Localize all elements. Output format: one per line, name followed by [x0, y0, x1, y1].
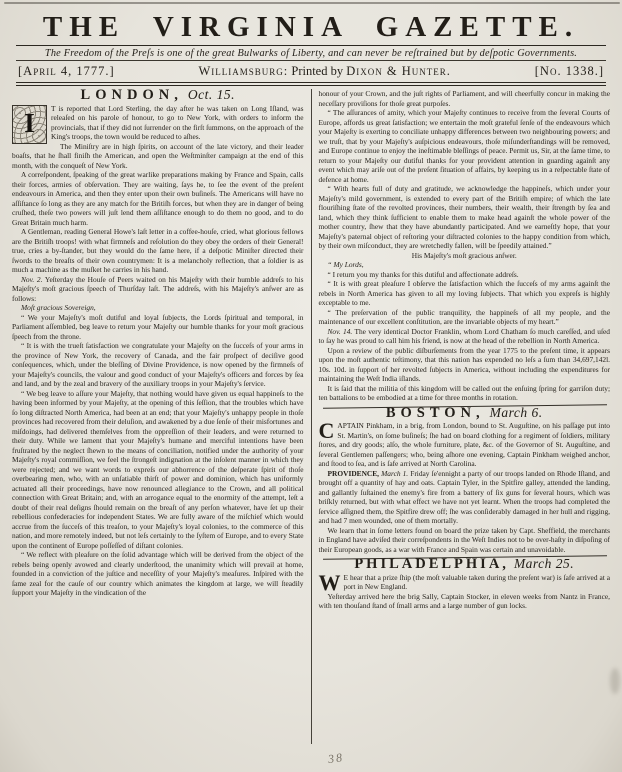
article-paragraph: WE hear that a prize ſhip (the moſt valu… — [319, 573, 611, 592]
section-header-london: LONDON,Oct. 15. — [12, 90, 304, 102]
issue-number: [No. 1338.] — [535, 64, 604, 79]
dateline-lead: PROVIDENCE, — [328, 469, 380, 478]
right-column: honour of your Crown, and the juſt right… — [311, 89, 611, 744]
article-paragraph: “ The preſervation of the public tranqui… — [319, 308, 611, 327]
section-date: Oct. 15. — [188, 89, 235, 102]
article-paragraph: A Gentleman, reading General Howe's laſt… — [12, 227, 304, 275]
dateline-lead: Nov. 14. — [328, 327, 353, 336]
dateline: [April 4, 1777.] Williamsburg: Printed b… — [14, 62, 608, 82]
article-paragraph: The Miniſtry are in high ſpirits, on acc… — [12, 142, 304, 171]
masthead-rule-mid — [16, 60, 606, 61]
dateline-lead: Nov. 2. — [21, 275, 42, 284]
paragraph-text: E hear that a prize ſhip (the moſt valua… — [344, 573, 611, 592]
article-columns: LONDON,Oct. 15. IT is reported that Lord… — [0, 86, 622, 744]
paragraph-text: Yeſterday the Houſe of Peers waited on h… — [12, 275, 304, 303]
article-paragraph: Nov. 2. Yeſterday the Houſe of Peers wai… — [12, 275, 304, 304]
article-paragraph: honour of your Crown, and the juſt right… — [319, 89, 611, 108]
imprint-place: Williamsburg: — [198, 64, 288, 78]
article-paragraph: PROVIDENCE, March 1. Friday ſe'ennight a… — [319, 469, 611, 526]
article-paragraph: “ We beg leave to aſſure your Majeſty, t… — [12, 389, 304, 551]
salutation-line: “ My Lords, — [319, 260, 611, 270]
paragraph-text: APTAIN Pinkham, in a brig, from London, … — [319, 421, 611, 468]
section-date: March 6. — [490, 405, 543, 420]
salutation-line: Moſt gracious Sovereign, — [12, 303, 304, 313]
drop-cap-initial: W — [319, 574, 341, 591]
article-paragraph: Upon a review of the public diſburſement… — [319, 346, 611, 384]
scan-smudge-artifact — [610, 668, 620, 694]
article-paragraph: “ We your Majeſty's moſt dutiful and loy… — [12, 313, 304, 342]
article-paragraph: Nov. 14. The very identical Doctor Frank… — [319, 327, 611, 346]
article-paragraph: “ I return you my thanks for this dutifu… — [319, 270, 611, 280]
article-paragraph: “ It is with the trueſt ſatisfaction we … — [12, 341, 304, 389]
article-paragraph: “ We reflect with pleaſure on the ſolid … — [12, 550, 304, 598]
scan-edge-artifact — [4, 2, 620, 4]
ornate-initial-woodcut: I — [12, 105, 47, 144]
section-date: March 25. — [514, 556, 574, 571]
imprint-printed-by: Printed by — [291, 64, 343, 78]
drop-cap-initial: C — [319, 422, 335, 439]
imprint-printers: Dixon & Hunter. — [346, 64, 451, 78]
paragraph-text: T is reported that Lord Sterling, the da… — [51, 104, 304, 142]
section-city: LONDON, — [81, 89, 183, 103]
article-paragraph: IT is reported that Lord Sterling, the d… — [12, 104, 304, 142]
masthead: THE VIRGINIA GAZETTE. The Freedom of the… — [0, 0, 622, 86]
article-paragraph: We learn that in ſome letters found on b… — [319, 526, 611, 555]
answer-heading: His Majeſty's moſt gracious anſwer. — [319, 251, 611, 261]
article-paragraph: “ With hearts full of duty and gratitude… — [319, 184, 611, 251]
article-paragraph: “ The aſſurances of amity, which your Ma… — [319, 108, 611, 184]
newspaper-title: THE VIRGINIA GAZETTE. — [14, 11, 608, 44]
masthead-motto: The Freedom of the Preſs is one of the g… — [14, 48, 608, 59]
article-paragraph: CAPTAIN Pinkham, in a brig, from London,… — [319, 421, 611, 469]
paragraph-text: The very identical Doctor Franklin, whom… — [319, 327, 611, 346]
article-paragraph: It is ſaid that the militia of this king… — [319, 384, 611, 403]
issue-date: [April 4, 1777.] — [18, 64, 115, 79]
article-paragraph: “ It is with great pleaſure I obſerve th… — [319, 279, 611, 308]
article-paragraph: Yeſterday arrived here the brig Sally, C… — [319, 592, 611, 611]
handwritten-page-number: 38 — [327, 750, 345, 767]
dateline-lead-date: March 1. — [381, 469, 408, 478]
newspaper-page: THE VIRGINIA GAZETTE. The Freedom of the… — [0, 0, 622, 772]
section-header-philadelphia: PHILADELPHIA,March 25. — [319, 559, 611, 571]
article-paragraph: A correſpondent, ſpeaking of the great w… — [12, 170, 304, 227]
section-header-boston: BOSTON,March 6. — [319, 408, 611, 420]
left-column: LONDON,Oct. 15. IT is reported that Lord… — [12, 89, 311, 744]
masthead-rule-top — [16, 45, 606, 46]
imprint: Williamsburg: Printed by Dixon & Hunter. — [198, 64, 450, 79]
